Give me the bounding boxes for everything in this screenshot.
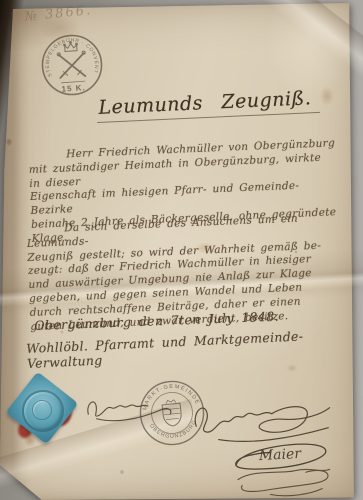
coat-of-arms-icon: [162, 399, 183, 427]
wax-seal: [8, 370, 78, 454]
svg-text:STEMPELGEBÜHR · CONVENT: STEMPELGEBÜHR · CONVENT: [43, 35, 100, 78]
crossed-scepters-icon: [57, 51, 87, 78]
revenue-stamp-value: 15 K.: [61, 83, 86, 94]
document-photo: № 3866. STEMPELGEBÜHR · CONVENT 15 K. Le…: [0, 0, 363, 500]
signature-second: [229, 460, 338, 500]
embossed-seal-center: [32, 400, 52, 420]
revenue-stamp-arc-text: STEMPELGEBÜHR · CONVENT: [43, 35, 100, 78]
